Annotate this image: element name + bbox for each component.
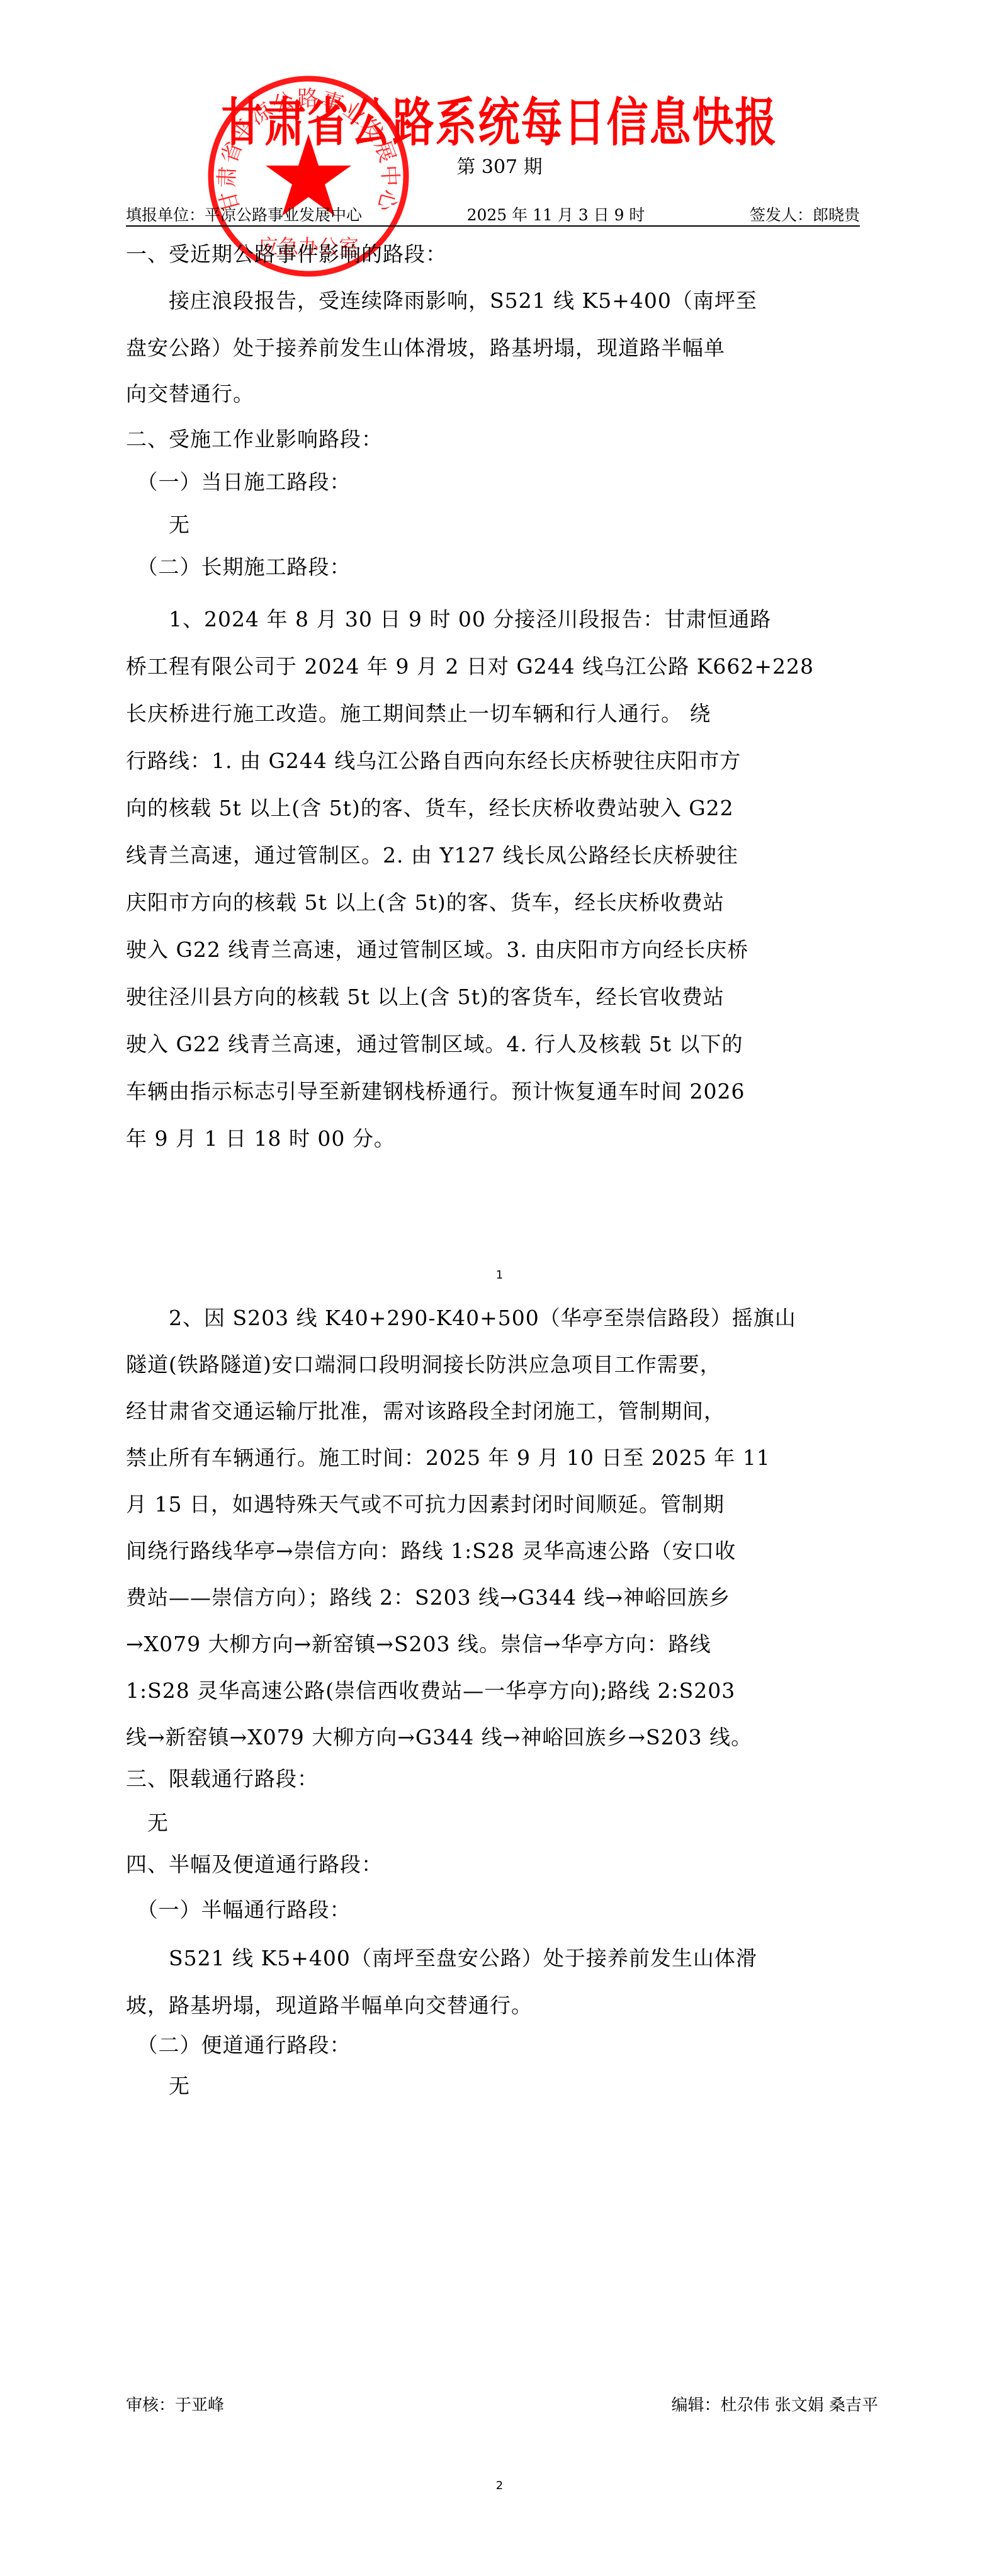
body-line: 驶入 G22 线青兰高速，通过管制区域。3. 由庆阳市方向经长庆桥 — [126, 934, 878, 963]
body-line: →X079 大柳方向→新窑镇→S203 线。崇信→华亭方向：路线 — [126, 1628, 878, 1658]
reporting-unit: 填报单位：平凉公路事业发展中心 — [126, 203, 362, 225]
body-line: 桥工程有限公司于 2024 年 9 月 2 日对 G244 线乌江公路 K662… — [126, 650, 878, 680]
body-line: 驶入 G22 线青兰高速，通过管制区域。4. 行人及核载 5t 以下的 — [126, 1028, 878, 1058]
issue-number: 第 307 期 — [0, 151, 999, 179]
body-line: 行路线：1. 由 G244 线乌江公路自西向东经长庆桥驶往庆阳市方 — [126, 745, 878, 774]
body-line: 1、2024 年 8 月 30 日 9 时 00 分接泾川段报告：甘肃恒通路 — [126, 603, 878, 633]
section-heading-4: 四、半幅及便道通行路段： — [126, 1848, 878, 1878]
subsection-heading: （一）当日施工路段： — [126, 466, 878, 495]
section-heading-2: 二、受施工作业影响路段： — [126, 423, 878, 453]
body-line: 无 — [126, 509, 878, 538]
body-line: 无 — [126, 2070, 878, 2099]
body-line: 月 15 日，如遇特殊天气或不可抗力因素封闭时间顺延。管制期 — [126, 1488, 878, 1518]
body-line: 坡，路基坍塌，现道路半幅单向交替通行。 — [126, 1989, 878, 2019]
reviewer-label: 审核：于亚峰 — [126, 2392, 224, 2415]
body-line: 长庆桥进行施工改造。施工期间禁止一切车辆和行人通行。 绕 — [126, 698, 878, 727]
body-line: 经甘肃省交通运输厅批准，需对该路段全封闭施工，管制期间， — [126, 1395, 878, 1425]
body-line: 年 9 月 1 日 18 时 00 分。 — [126, 1122, 878, 1152]
document-title: 甘肃省公路系统每日信息快报 — [0, 81, 999, 155]
subsection-heading: （一）半幅通行路段： — [126, 1894, 878, 1923]
body-line: 向的核载 5t 以上(含 5t)的客、货车，经长庆桥收费站驶入 G22 — [126, 792, 878, 822]
page-number: 1 — [0, 1268, 999, 1282]
body-line: 接庄浪段报告，受连续降雨影响，S521 线 K5+400（南坪至 — [126, 285, 878, 314]
editors-label: 编辑：杜尕伟 张文娟 桑吉平 — [671, 2392, 878, 2415]
signer: 签发人：郎晓贵 — [750, 203, 860, 225]
body-line: 车辆由指示标志引导至新建钢栈桥通行。预计恢复通车时间 2026 — [126, 1075, 878, 1105]
body-line: 驶往泾川县方向的核载 5t 以上(含 5t)的客货车，经长官收费站 — [126, 981, 878, 1010]
body-line: 隧道(铁路隧道)安口端洞口段明洞接长防洪应急项目工作需要， — [126, 1348, 878, 1378]
section-heading-1: 一、受近期公路事件影响的路段： — [126, 238, 878, 268]
body-line: 无 — [126, 1807, 878, 1836]
body-line: 间绕行路线华亭→崇信方向：路线 1:S28 灵华高速公路（安口收 — [126, 1535, 878, 1564]
header-info-line: 填报单位：平凉公路事业发展中心 2025 年 11 月 3 日 9 时 签发人：… — [126, 203, 860, 227]
body-line: 线青兰高速，通过管制区。2. 由 Y127 线长凤公路经长庆桥驶往 — [126, 839, 878, 869]
body-line: 禁止所有车辆通行。施工时间：2025 年 9 月 10 日至 2025 年 11 — [126, 1442, 878, 1471]
page-number: 2 — [0, 2479, 999, 2492]
body-line: 1:S28 灵华高速公路(崇信西收费站—一华亭方向);路线 2:S203 — [126, 1675, 878, 1704]
report-datetime: 2025 年 11 月 3 日 9 时 — [467, 203, 645, 225]
body-line: S521 线 K5+400（南坪至盘安公路）处于接养前发生山体滑 — [126, 1942, 878, 1972]
body-line: 线→新窑镇→X079 大柳方向→G344 线→神峪回族乡→S203 线。 — [126, 1721, 878, 1751]
body-line: 庆阳市方向的核载 5t 以上(含 5t)的客、货车，经长庆桥收费站 — [126, 886, 878, 916]
subsection-heading: （二）长期施工路段： — [126, 551, 878, 580]
body-line: 盘安公路）处于接养前发生山体滑坡，路基坍塌，现道路半幅单 — [126, 332, 878, 361]
section-heading-3: 三、限载通行路段： — [126, 1763, 878, 1792]
body-line: 费站——崇信方向）；路线 2：S203 线→G344 线→神峪回族乡 — [126, 1581, 878, 1611]
body-line: 2、因 S203 线 K40+290-K40+500（华亭至崇信路段）摇旗山 — [126, 1302, 878, 1331]
body-line: 向交替通行。 — [126, 378, 878, 407]
subsection-heading: （二）便道通行路段： — [126, 2029, 878, 2059]
